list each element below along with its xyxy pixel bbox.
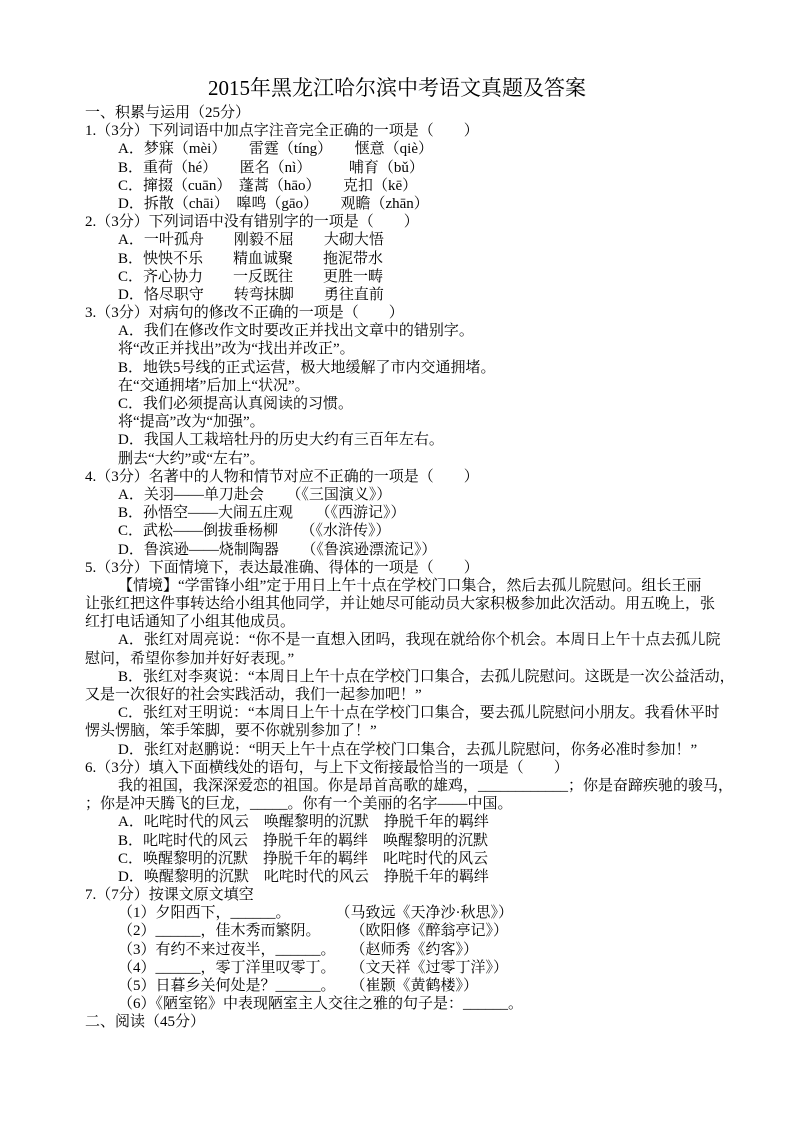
option-line: B．地铁5号线的正式运营，极大地缓解了市内交通拥堵。 [85,359,735,377]
option-line: B．重荷（hé） 匿名（nì） 哺育（bǔ） [85,159,735,177]
document-title: 2015年黑龙江哈尔滨中考语文真题及答案 [0,74,794,102]
question-stem: 6.（3分）填入下面横线处的语句，与上下文衔接最恰当的一项是（ ） [85,759,735,777]
option-line: B．孙悟空——大闹五庄观 （《西游记》） [85,504,735,522]
text-line: 删去“大约”或“左右”。 [85,450,735,468]
text-line: 将“改正并找出”改为“找出并改正”。 [85,340,735,358]
option-line: C．我们必须提高认真阅读的习惯。 [85,395,735,413]
question-stem: 2.（3分）下列词语中没有错别字的一项是（ ） [85,213,735,231]
option-line: D．唤醒黎明的沉默 叱咤时代的风云 挣脱千年的羁绊 [85,868,735,886]
option-line: B．张红对李爽说：“本周日上午十点在学校门口集合，去孤儿院慰问。这既是一次公益活… [85,668,735,686]
option-line: A．张红对周亮说：“你不是一直想入团吗，我现在就给你个机会。本周日上午十点去孤儿… [85,631,735,649]
option-line: A．一叶孤舟 刚毅不屈 大砌大悟 [85,231,735,249]
option-line: B．怏怏不乐 精血诚聚 拖泥带水 [85,250,735,268]
text-line: ；你是冲天腾飞的巨龙，_____。你有一个美丽的名字——中国。 [85,795,735,813]
option-line: D．鲁滨逊——烧制陶器 （《鲁滨逊漂流记》） [85,541,735,559]
option-line: D．恪尽职守 转弯抹脚 勇往直前 [85,286,735,304]
option-line: D．我国人工栽培牡丹的历史大约有三百年左右。 [85,431,735,449]
question-stem: 1.（3分）下列词语中加点字注音完全正确的一项是（ ） [85,122,735,140]
option-line: A．关羽——单刀赴会 （《三国演义》） [85,486,735,504]
option-line: A．梦寐（mèi） 雷霆（tíng） 惬意（qiè） [85,140,735,158]
text-line: 又是一次很好的社会实践活动，我们一起参加吧！” [85,686,735,704]
text-line: （1）夕阳西下，______。 （马致远《天净沙·秋思》） [85,904,735,922]
text-line: 慰问，希望你参加并好好表现。” [85,650,735,668]
option-line: A．我们在修改作文时要改正并找出文章中的错别字。 [85,322,735,340]
question-stem: 7.（7分）按课文原文填空 [85,886,735,904]
text-line: 红打电话通知了小组其他成员。 [85,613,735,631]
option-line: D．拆散（chāi） 嗥鸣（gāo） 观瞻（zhān） [85,195,735,213]
option-line: C．唤醒黎明的沉默 挣脱千年的羁绊 叱咤时代的风云 [85,850,735,868]
section-heading: 一、积累与运用（25分） [85,104,735,122]
text-line: 在“交通拥堵”后加上“状况”。 [85,377,735,395]
text-line: 让张红把这件事转达给小组其他同学，并让她尽可能动员大家积极参加此次活动。用五晚上… [85,595,735,613]
question-stem: 3.（3分）对病句的修改不正确的一项是（ ） [85,304,735,322]
option-line: C．撺掇（cuān） 蓬蒿（hāo） 克扣（kē） [85,177,735,195]
text-line: （6）《陋室铭》中表现陋室主人交往之雅的句子是：______。 [85,995,735,1013]
question-stem: 4.（3分）名著中的人物和情节对应不正确的一项是（ ） [85,468,735,486]
text-line: 【情境】“学雷锋小组”定于用日上午十点在学校门口集合，然后去孤儿院慰问。组长王丽 [85,577,735,595]
text-line: 将“提高”改为“加强”。 [85,413,735,431]
option-line: D．张红对赵鹏说：“明天上午十点在学校门口集合，去孤儿院慰问，你务必准时参加！” [85,741,735,759]
text-line: （4）______，零丁洋里叹零丁。 （文天祥《过零丁洋》） [85,959,735,977]
option-line: C．张红对王明说：“本周日上午十点在学校门口集合，要去孤儿院慰问小朋友。我看休平… [85,704,735,722]
section-heading: 二、阅读（45分） [85,1013,735,1031]
option-line: C．齐心协力 一反既往 更胜一畴 [85,268,735,286]
text-line: （2）______，佳木秀而繁阴。 （欧阳修《醉翁亭记》） [85,922,735,940]
option-line: A．叱咤时代的风云 唤醒黎明的沉默 挣脱千年的羁绊 [85,813,735,831]
text-line: 我的祖国，我深深爱恋的祖国。你是昂首高歌的雄鸡，____________；你是奋… [85,777,735,795]
text-line: （5）日暮乡关何处是？______。 （崔颢《黄鹤楼》） [85,977,735,995]
exam-page: 2015年黑龙江哈尔滨中考语文真题及答案 一、积累与运用（25分）1.（3分）下… [0,0,794,1123]
text-line: （3）有约不来过夜半，______。 （赵师秀《约客》） [85,941,735,959]
option-line: C．武松——倒拔垂杨柳 （《水浒传》） [85,522,735,540]
text-line: 愣头愣脑，笨手笨脚，要不你就别参加了！” [85,722,735,740]
option-line: B．叱咤时代的风云 挣脱千年的羁绊 唤醒黎明的沉默 [85,832,735,850]
question-stem: 5.（3分）下面情境下，表达最准确、得体的一项是（ ） [85,559,735,577]
exam-body: 一、积累与运用（25分）1.（3分）下列词语中加点字注音完全正确的一项是（ ）A… [85,104,735,1032]
